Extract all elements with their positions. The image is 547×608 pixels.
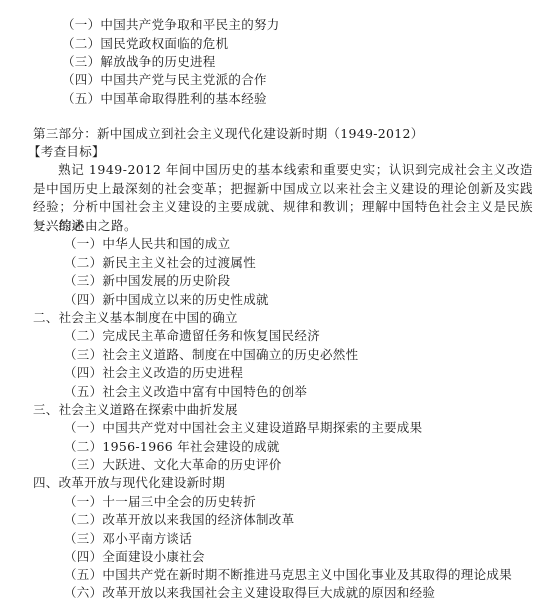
- list-item: （五）中国共产党在新时期不断推进马克思主义中国化事业及其取得的理论成果: [64, 566, 512, 584]
- list-item: （二）新民主主义社会的过渡属性: [64, 254, 256, 272]
- list-item: （四）全面建设小康社会: [64, 548, 205, 566]
- list-item: （四）中国共产党与民主党派的合作: [62, 71, 267, 89]
- section-title: 一、综述: [33, 217, 84, 235]
- objective-heading: 【考查目标】: [28, 143, 105, 161]
- list-item: （一）十一届三中全会的历史转折: [64, 493, 256, 511]
- list-item: （三）社会主义道路、制度在中国确立的历史必然性: [64, 346, 358, 364]
- list-item: （五）社会主义改造中富有中国特色的创举: [64, 383, 307, 401]
- list-item: （三）新中国发展的历史阶段: [64, 272, 230, 290]
- list-item: （三）邓小平南方谈话: [64, 530, 192, 548]
- list-item: （二）完成民主革命遗留任务和恢复国民经济: [64, 327, 320, 345]
- section-title: 三、社会主义道路在探索中曲折发展: [33, 401, 238, 419]
- list-item: （二）1956-1966 年社会建设的成就: [64, 438, 280, 456]
- list-item: （一）中华人民共和国的成立: [64, 235, 230, 253]
- list-item: （四）社会主义改造的历史进程: [64, 364, 243, 382]
- objective-paragraph: 熟记 1949-2012 年间中国历史的基本线索和重要史实；认识到完成社会主义改…: [33, 161, 533, 235]
- list-item: （二）改革开放以来我国的经济体制改革: [64, 511, 294, 529]
- list-item: （二）国民党政权面临的危机: [62, 35, 228, 53]
- list-item: （一）中国共产党争取和平民主的努力: [62, 16, 280, 34]
- section-title: 二、社会主义基本制度在中国的确立: [33, 309, 238, 327]
- list-item: （三）大跃进、文化大革命的历史评价: [64, 456, 282, 474]
- list-item: （三）解放战争的历史进程: [62, 53, 216, 71]
- part-title: 第三部分：新中国成立到社会主义现代化建设新时期（1949-2012）: [33, 125, 424, 143]
- objective-text: 熟记 1949-2012 年间中国历史的基本线索和重要史实；认识到完成社会主义改…: [33, 162, 533, 233]
- list-item: （四）新中国成立以来的历史性成就: [64, 291, 269, 309]
- list-item: （六）改革开放以来我国社会主义建设取得巨大成就的原因和经验: [64, 584, 435, 602]
- section-title: 四、改革开放与现代化建设新时期: [33, 474, 225, 492]
- list-item: （一）中国共产党对中国社会主义建设道路早期探索的主要成果: [64, 419, 422, 437]
- list-item: （五）中国革命取得胜利的基本经验: [62, 90, 267, 108]
